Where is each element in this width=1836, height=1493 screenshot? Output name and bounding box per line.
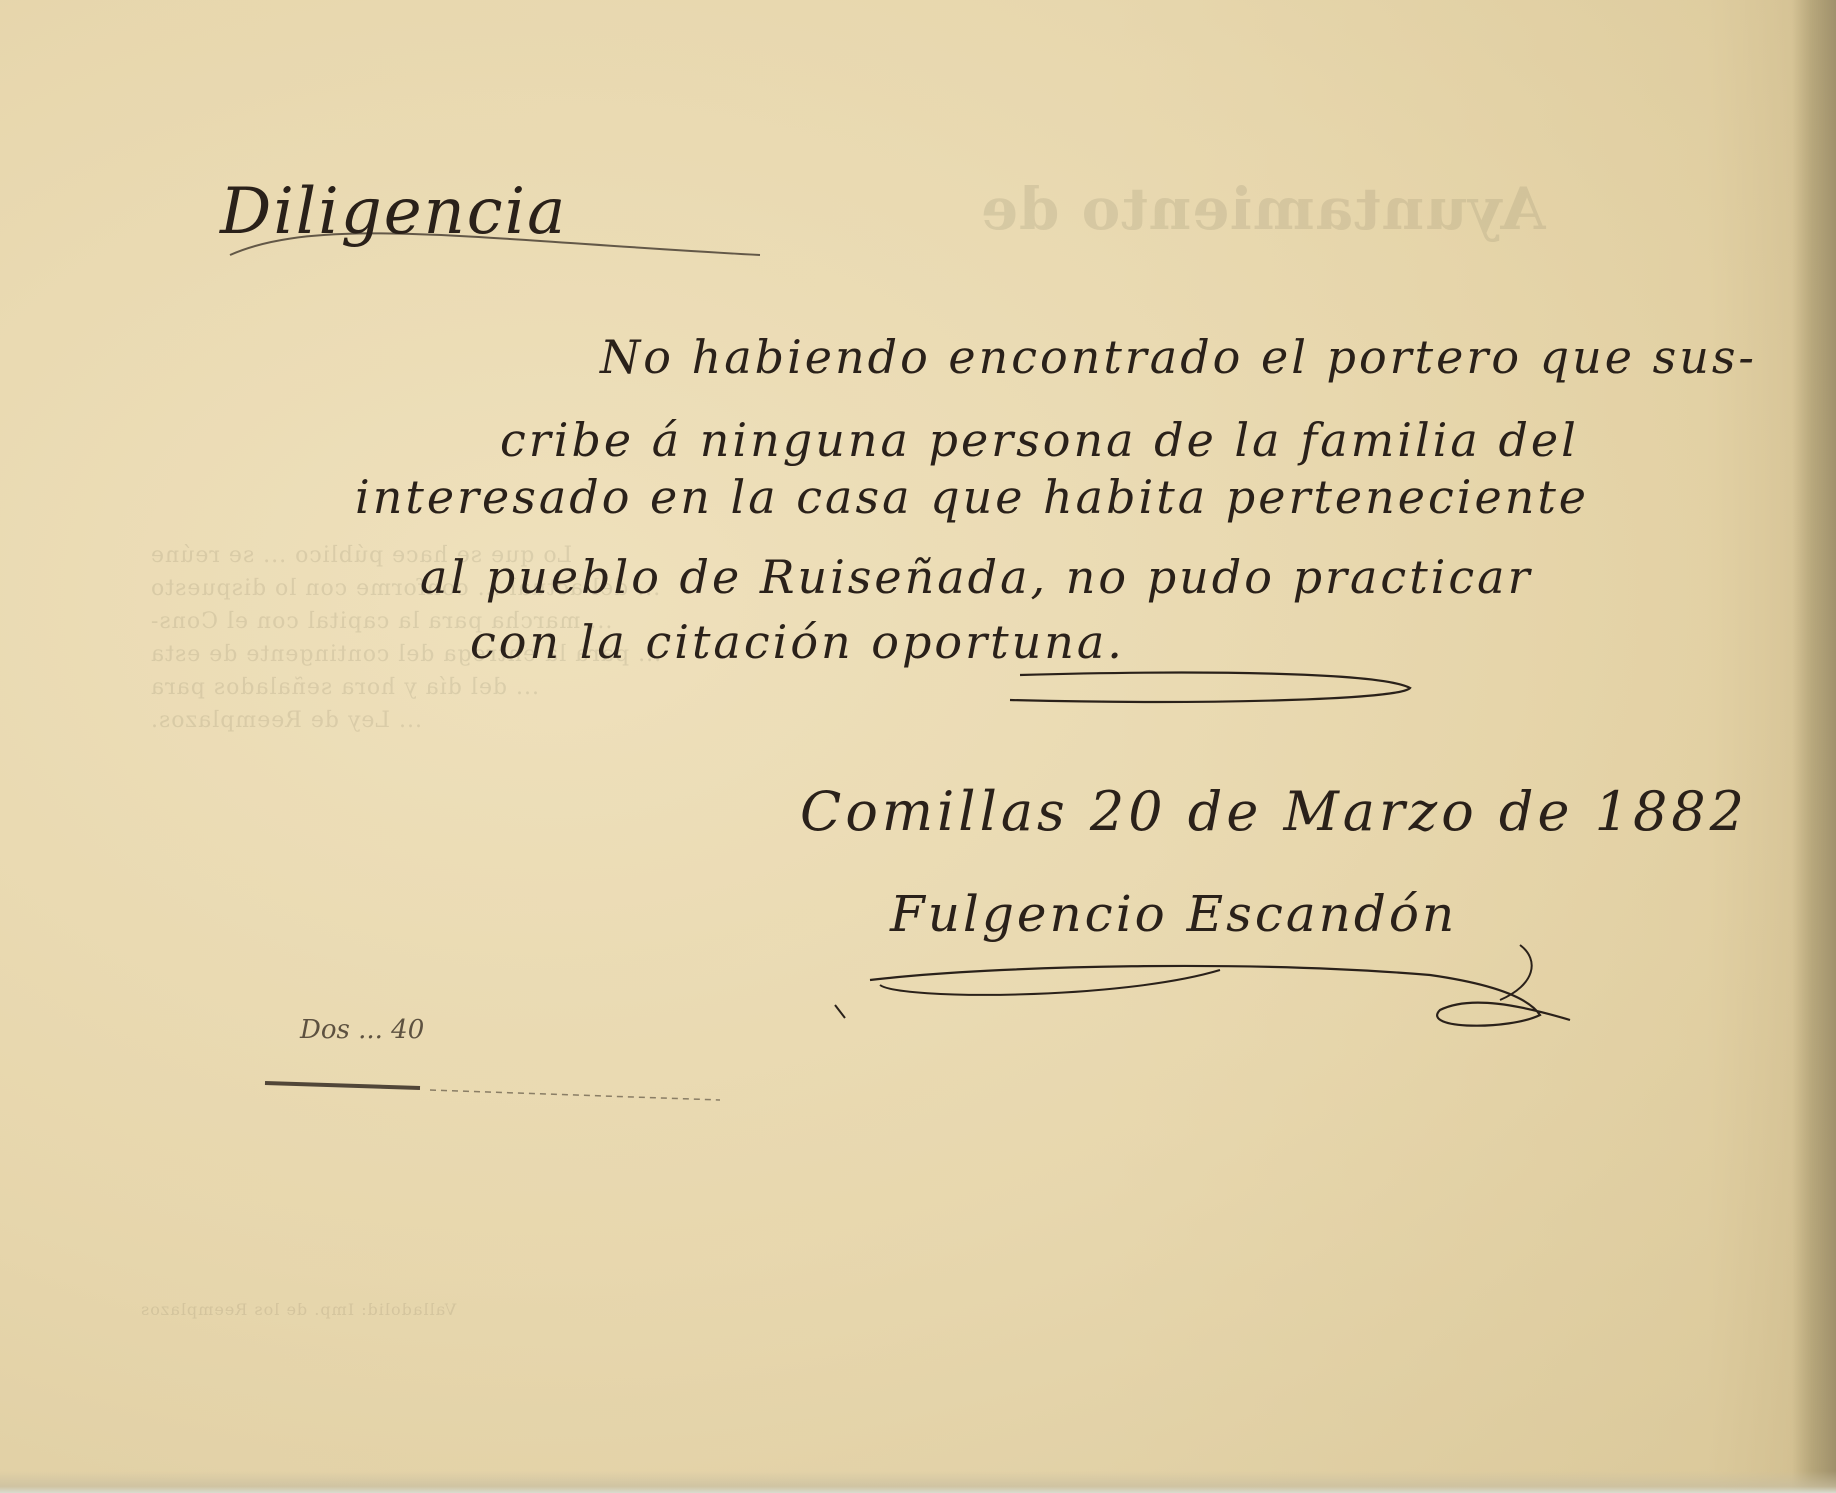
heading-diligencia: Diligencia [220, 175, 567, 249]
body-line-5: con la citación oportuna. [470, 615, 1125, 669]
signature-rubric-loop [880, 970, 1220, 995]
bleed-through-line: ... Ley de Reemplazos. [150, 705, 422, 736]
book-spine-shadow [1792, 0, 1836, 1493]
bleed-through-line: ... del día y hora señalados para [150, 672, 539, 703]
bleed-through-footer: Valladolid: Imp. de los Reemplazos [140, 1300, 456, 1319]
signature-rubric-stroke [870, 966, 1570, 1026]
signature: Fulgencio Escandón [890, 885, 1457, 943]
body-line-2: cribe á ninguna persona de la familia de… [500, 413, 1579, 467]
body-line-1: No habiendo encontrado el portero que su… [600, 330, 1757, 384]
closing-flourish-stroke [1010, 673, 1410, 702]
page-bottom-edge [0, 1471, 1836, 1493]
manuscript-page: Ayuntamiento de Lo que se hace público .… [0, 0, 1836, 1493]
margin-note-stroke [265, 1083, 420, 1088]
margin-note: Dos ... 40 [300, 1015, 424, 1045]
body-line-3: interesado en la casa que habita pertene… [355, 470, 1589, 524]
place-date: Comillas 20 de Marzo de 1882 [800, 780, 1748, 843]
body-line-4: al pueblo de Ruiseñada, no pudo practica… [420, 550, 1533, 604]
signature-rubric-tail [1500, 945, 1532, 1000]
tick-mark [835, 1005, 845, 1018]
margin-note-dashed-stroke [430, 1090, 720, 1100]
bleed-through-title: Ayuntamiento de [980, 175, 1546, 243]
